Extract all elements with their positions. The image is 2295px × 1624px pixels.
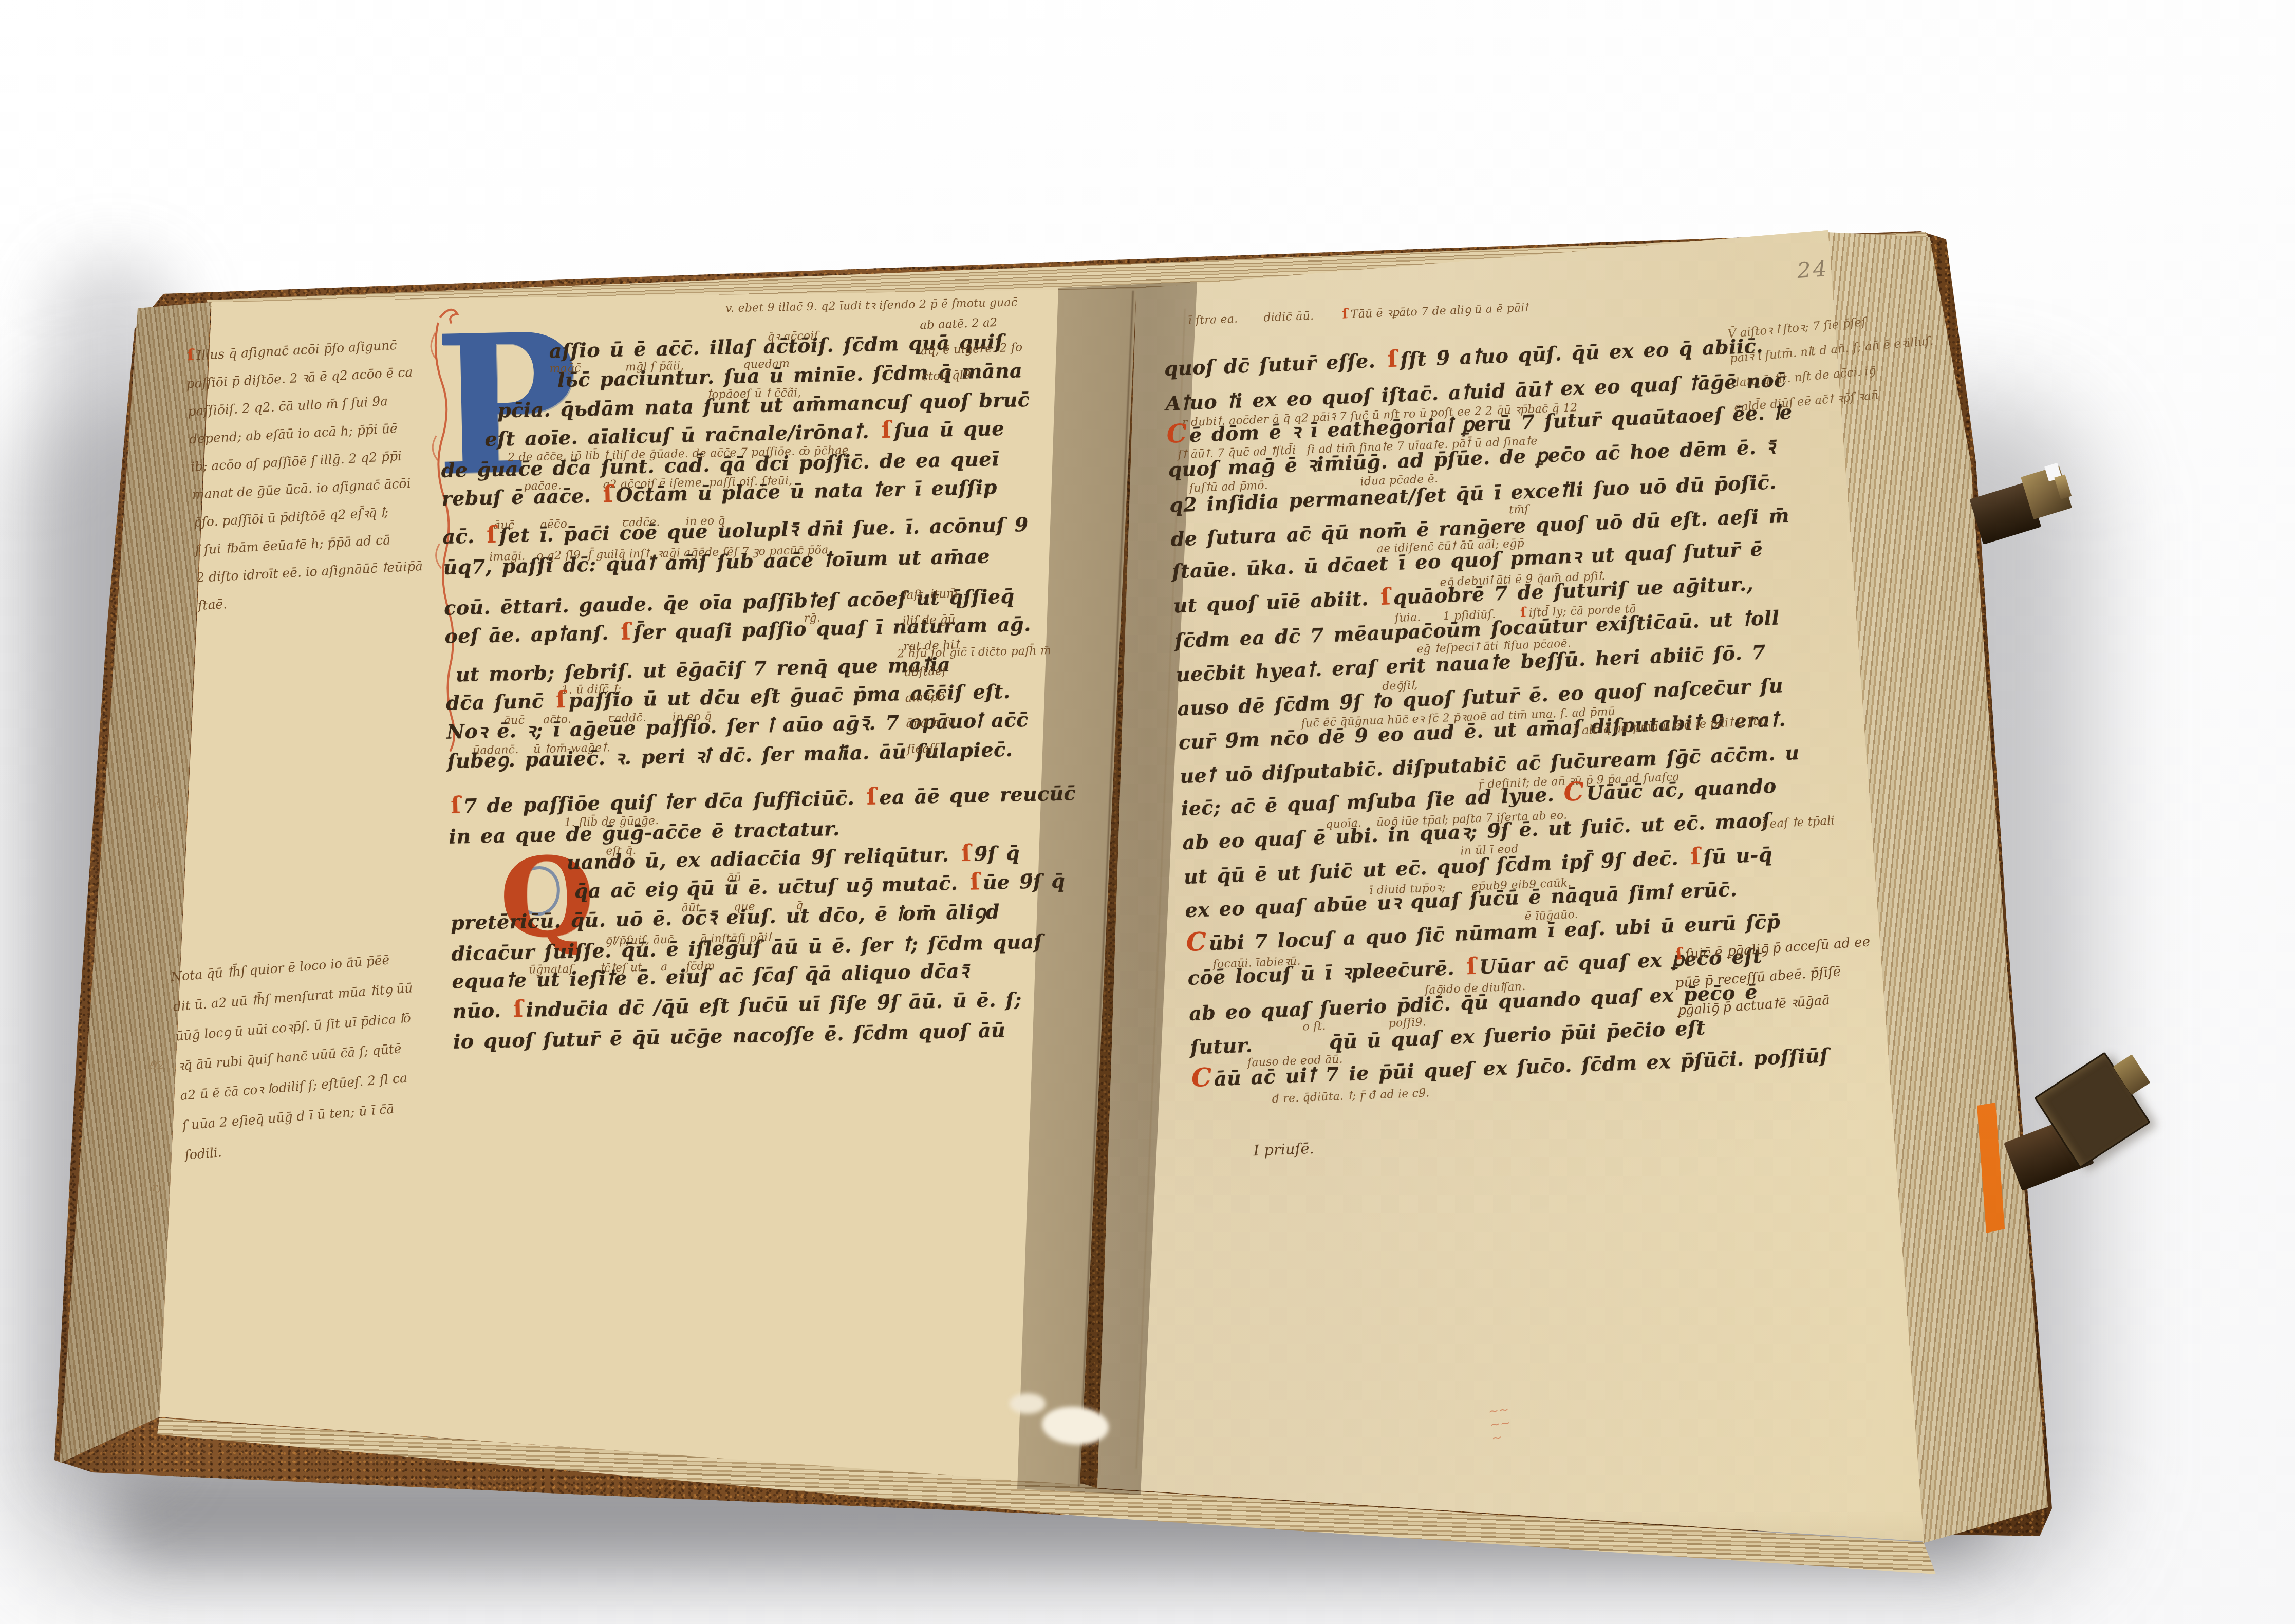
manuscript-line: ~~	[1489, 1416, 1512, 1432]
leaf-edge-mark: 92	[150, 1059, 164, 1072]
paraph-mark: ſ	[879, 416, 894, 443]
spine-fluff	[1010, 1393, 1046, 1414]
paraph-mark: ſ	[510, 995, 526, 1023]
folio-number: 24	[1796, 256, 1830, 283]
paraph-mark: C	[1191, 1062, 1215, 1093]
paraph-mark: ſ	[1687, 842, 1704, 870]
paraph-mark: ſ	[618, 618, 634, 645]
paraph-mark: ſ	[958, 839, 974, 867]
paraph-mark: ſ	[864, 782, 880, 810]
manuscript-line: ~	[1491, 1429, 1513, 1445]
leaf-edge-mark: r;	[152, 1182, 161, 1194]
paraph-mark: C	[1166, 418, 1190, 449]
paraph-mark: ſ	[448, 791, 464, 819]
paraph-mark: ſ	[967, 868, 983, 895]
catchword: I priuſē.	[1253, 1140, 1314, 1160]
paraph-mark: C	[1563, 776, 1587, 807]
leaf-edge-mark: ſij	[152, 795, 163, 808]
paraph-mark: ſ	[553, 686, 569, 714]
paraph-mark: ſ	[1385, 345, 1401, 372]
left-page-side-note-b: ꝉaſt. itum̄iliſ de ḡūrat de hiꝉabſtāeſai…	[901, 576, 1082, 762]
paraph-mark: ſ	[1339, 306, 1351, 322]
right-page-main-text: ī ſtra ea. didic̄ āū. ſTāū ē ꝛꝑāto 7 de …	[1162, 285, 1965, 1164]
paraph-mark: ſ	[184, 345, 197, 364]
paraph-mark: ſ	[1463, 952, 1480, 980]
paraph-mark: C	[1186, 926, 1209, 957]
paraph-mark: ſ	[1673, 944, 1686, 964]
left-page-side-note-a: ab aatē. 2 a2aq̄, ē uiḡere. 2 ſoctoiſ q̄…	[919, 306, 1107, 389]
paraph-mark: ſ	[600, 480, 616, 508]
paraph-mark: ſ	[484, 521, 500, 549]
manuscript-photo: ſIllus q̄ aſignac̄ acōi p̄ſo aſigunc̄paſ…	[0, 0, 2295, 1624]
paraph-mark: ſ	[1377, 583, 1394, 610]
